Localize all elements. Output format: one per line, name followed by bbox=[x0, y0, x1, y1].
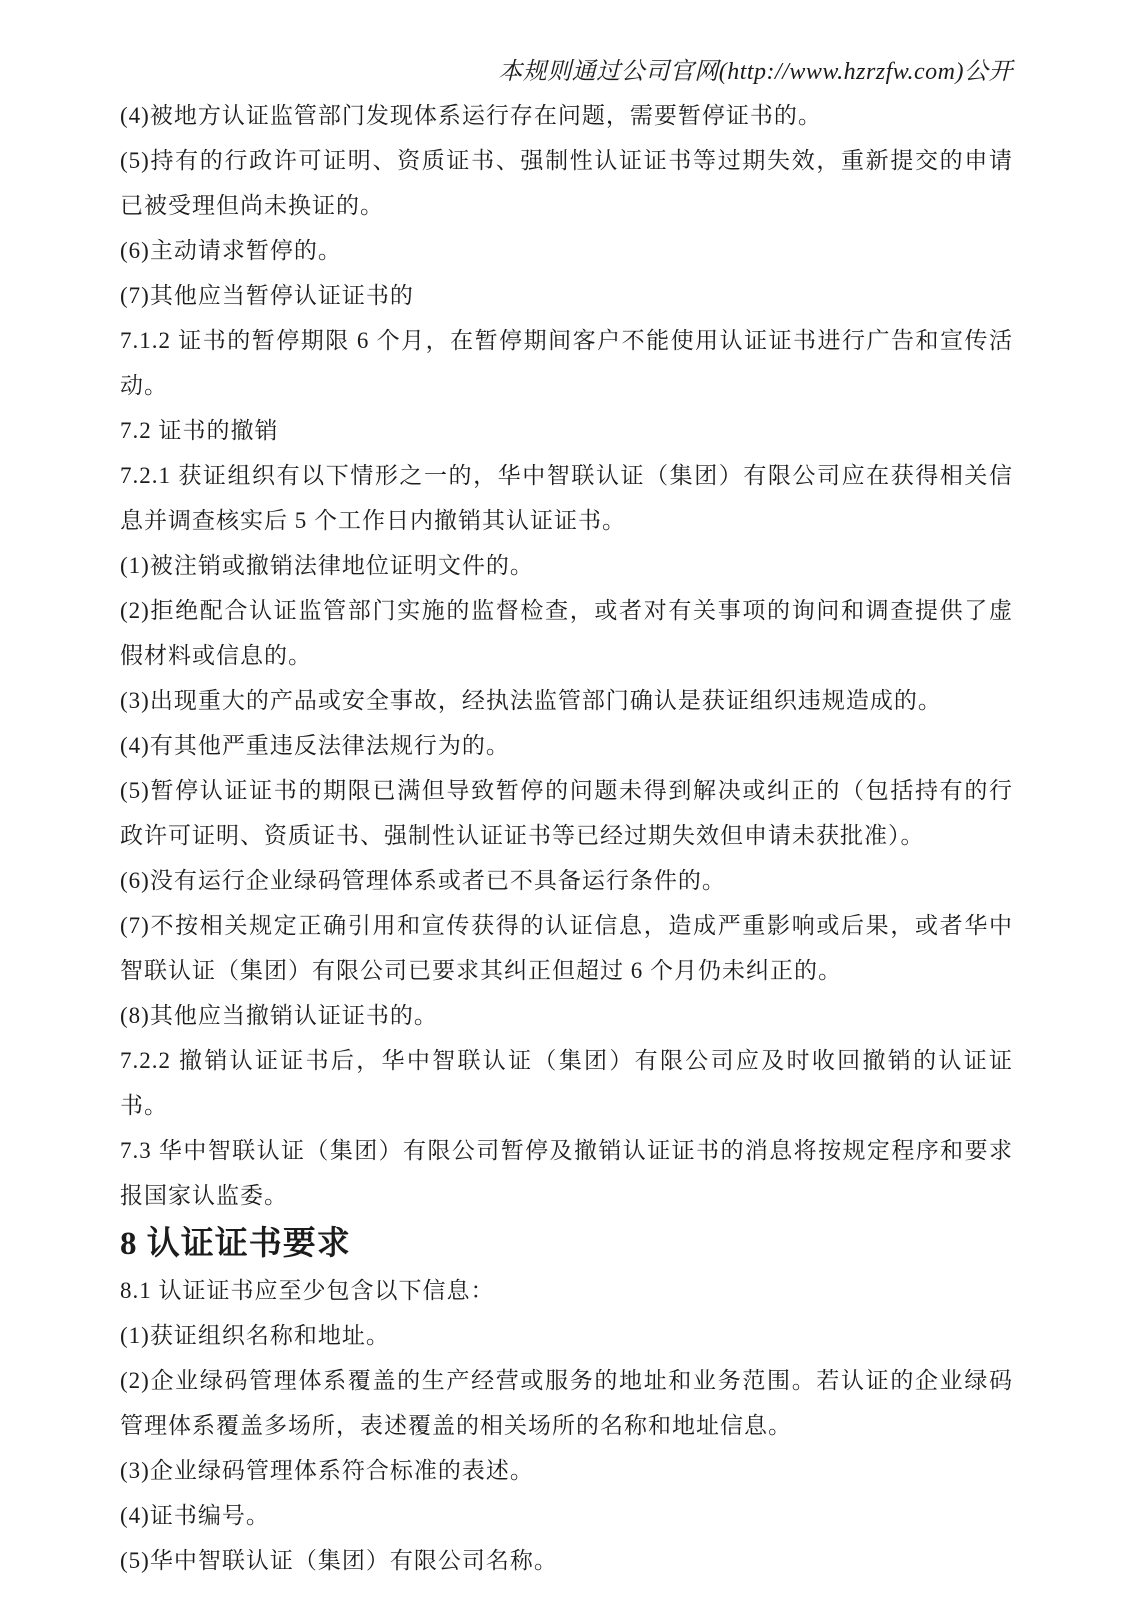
paragraph: 7.1.2 证书的暂停期限 6 个月，在暂停期间客户不能使用认证证书进行广告和宣… bbox=[120, 318, 1013, 408]
document-body: (4)被地方认证监管部门发现体系运行存在问题，需要暂停证书的。(5)持有的行政许… bbox=[120, 93, 1013, 1583]
paragraph: (4)被地方认证监管部门发现体系运行存在问题，需要暂停证书的。 bbox=[120, 93, 1013, 138]
paragraph: (8)其他应当撤销认证证书的。 bbox=[120, 993, 1013, 1038]
paragraph: (3)出现重大的产品或安全事故，经执法监管部门确认是获证组织违规造成的。 bbox=[120, 678, 1013, 723]
paragraph: (5)暂停认证证书的期限已满但导致暂停的问题未得到解决或纠正的（包括持有的行政许… bbox=[120, 768, 1013, 858]
section-heading: 8 认证证书要求 bbox=[120, 1221, 1013, 1268]
paragraph: (1)被注销或撤销法律地位证明文件的。 bbox=[120, 543, 1013, 588]
paragraph: (5)华中智联认证（集团）有限公司名称。 bbox=[120, 1538, 1013, 1583]
paragraph: 7.2 证书的撤销 bbox=[120, 408, 1013, 453]
paragraph: 7.2.1 获证组织有以下情形之一的，华中智联认证（集团）有限公司应在获得相关信… bbox=[120, 453, 1013, 543]
paragraph: (2)企业绿码管理体系覆盖的生产经营或服务的地址和业务范围。若认证的企业绿码管理… bbox=[120, 1358, 1013, 1448]
paragraph: (4)证书编号。 bbox=[120, 1493, 1013, 1538]
paragraph: (6)主动请求暂停的。 bbox=[120, 228, 1013, 273]
paragraph: (4)有其他严重违反法律法规行为的。 bbox=[120, 723, 1013, 768]
paragraph: (7)不按相关规定正确引用和宣传获得的认证信息，造成严重影响或后果，或者华中智联… bbox=[120, 903, 1013, 993]
paragraph: (6)没有运行企业绿码管理体系或者已不具备运行条件的。 bbox=[120, 858, 1013, 903]
paragraph: (5)持有的行政许可证明、资质证书、强制性认证证书等过期失效，重新提交的申请已被… bbox=[120, 138, 1013, 228]
paragraph: 7.2.2 撤销认证证书后，华中智联认证（集团）有限公司应及时收回撤销的认证证书… bbox=[120, 1038, 1013, 1128]
paragraph: (3)企业绿码管理体系符合标准的表述。 bbox=[120, 1448, 1013, 1493]
header-note: 本规则通过公司官网(http://www.hzrzfw.com)公开 bbox=[120, 56, 1013, 88]
paragraph: 8.1 认证证书应至少包含以下信息： bbox=[120, 1268, 1013, 1313]
document-page: 本规则通过公司官网(http://www.hzrzfw.com)公开 (4)被地… bbox=[0, 0, 1131, 1600]
paragraph: (7)其他应当暂停认证证书的 bbox=[120, 273, 1013, 318]
paragraph: (2)拒绝配合认证监管部门实施的监督检查，或者对有关事项的询问和调查提供了虚假材… bbox=[120, 588, 1013, 678]
paragraph: 7.3 华中智联认证（集团）有限公司暂停及撤销认证证书的消息将按规定程序和要求报… bbox=[120, 1128, 1013, 1218]
paragraph: (1)获证组织名称和地址。 bbox=[120, 1313, 1013, 1358]
